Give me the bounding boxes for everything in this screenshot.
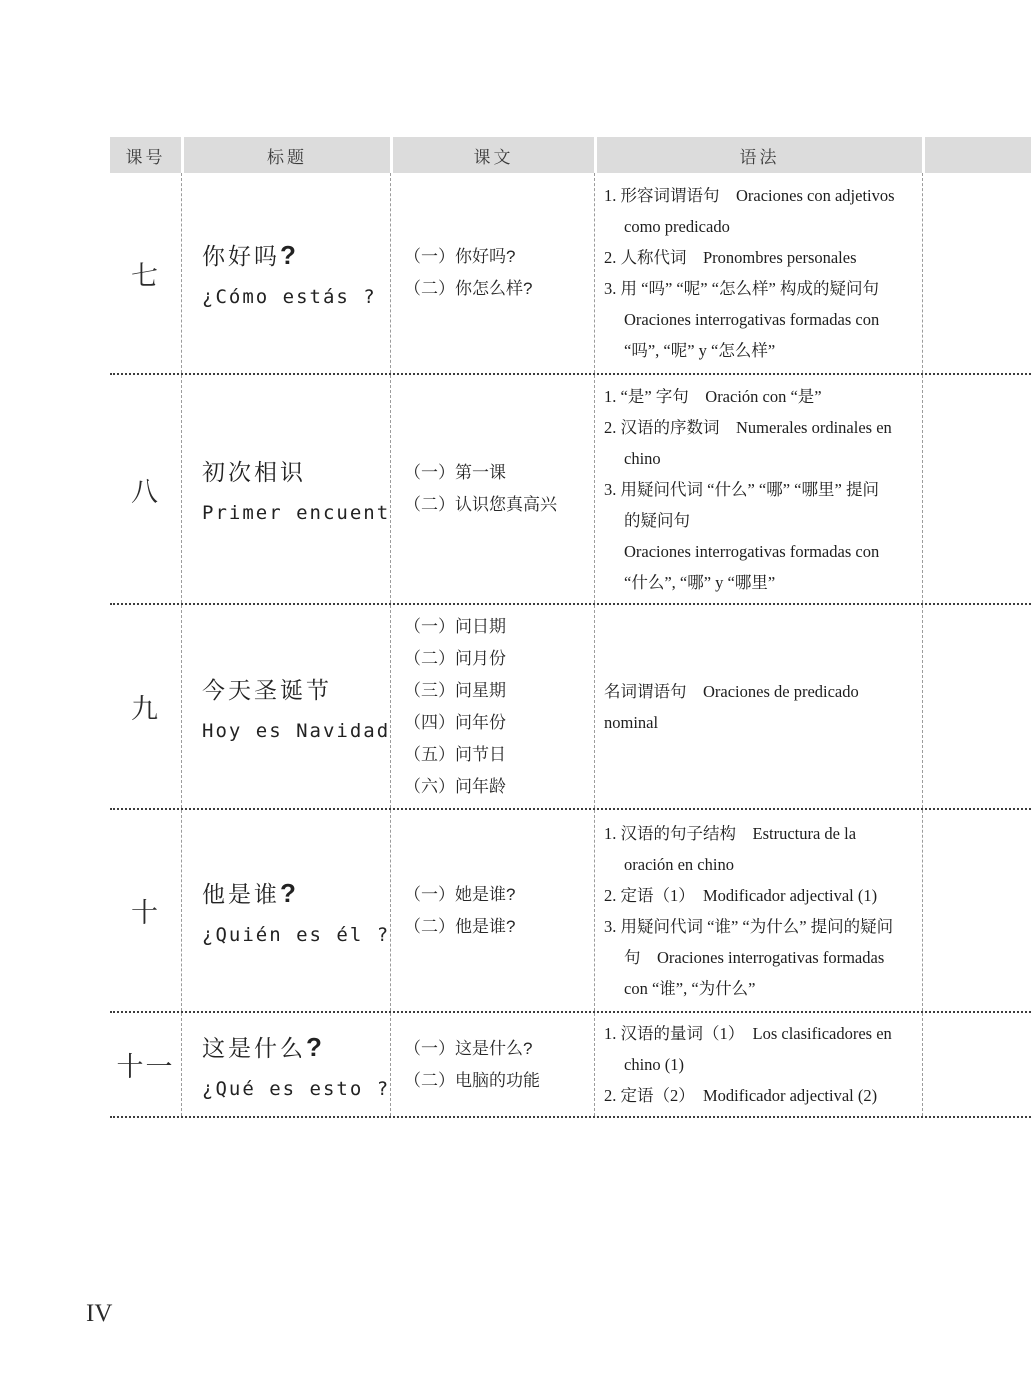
header-empty [922,137,1031,173]
title-question-mark: ? [280,878,296,908]
grammar-line: 名词谓语句 Oraciones de predicado [604,676,918,707]
lesson-title-cell: 他是谁? ¿Quién es él ? [181,810,390,1011]
lesson-texts-cell: （一）第一课 （二）认识您真高兴 [390,375,594,603]
grammar-line: 的疑问句 [604,505,918,536]
grammar-line: 2. 定语（2） Modificador adjectival (2) [604,1080,918,1111]
title-zh-text: 今天圣诞节 [202,677,332,703]
empty-cell [922,605,1031,808]
grammar-line: como predicado [604,211,918,242]
grammar-line: con “谁”, “为什么” [604,973,918,1004]
empty-cell [922,810,1031,1011]
lesson-number: 十 [110,810,181,1011]
empty-cell [922,1013,1031,1116]
table-header-row: 课号 标题 课文 语法 [110,137,1031,173]
grammar-cell: 1. 形容词谓语句 Oraciones con adjetivos como p… [594,173,922,373]
grammar-line: 3. 用疑问代词 “什么” “哪” “哪里” 提问 [604,474,918,505]
grammar-line: 1. 汉语的量词（1） Los clasificadores en [604,1018,918,1049]
title-question-mark: ? [306,1032,322,1062]
grammar-line: “吗”, “呢” y “怎么样” [604,335,918,366]
title-zh-text: 你好吗 [202,243,280,269]
table-row-lesson-8: 八 初次相识 Primer encuentro （一）第一课 （二）认识您真高兴… [110,375,1031,605]
title-question-mark: ? [280,240,296,270]
lesson-title-es: ¿Qué es esto ? [202,1078,390,1100]
lesson-title-zh: 这是什么? [202,1030,390,1063]
header-lesson-number: 课号 [110,137,181,173]
lesson-number: 七 [110,173,181,373]
empty-cell [922,173,1031,373]
lesson-title-cell: 今天圣诞节 Hoy es Navidad [181,605,390,808]
page-number: IV [86,1300,112,1328]
lesson-title-cell: 这是什么? ¿Qué es esto ? [181,1013,390,1116]
grammar-line: oración en chino [604,849,918,880]
table-row-lesson-11: 十一 这是什么? ¿Qué es esto ? （一）这是什么? （二）电脑的功… [110,1013,1031,1118]
grammar-line: 1. “是” 字句 Oración con “是” [604,381,918,412]
table-row-lesson-7: 七 你好吗? ¿Cómo estás ? （一）你好吗? （二）你怎么样? 1.… [110,173,1031,375]
header-title: 标题 [181,137,390,173]
lesson-number: 九 [110,605,181,808]
title-zh-text: 他是谁 [202,881,280,907]
grammar-line: 2. 定语（1） Modificador adjectival (1) [604,880,918,911]
empty-cell [922,375,1031,603]
grammar-cell: 1. 汉语的句子结构 Estructura de la oración en c… [594,810,922,1011]
lesson-title-es: ¿Quién es él ? [202,924,390,946]
lesson-number: 十一 [110,1013,181,1116]
text-item: （三）问星期 [404,675,594,707]
lesson-texts-cell: （一）你好吗? （二）你怎么样? [390,173,594,373]
grammar-cell: 1. “是” 字句 Oración con “是” 2. 汉语的序数词 Nume… [594,375,922,603]
text-item: （六）问年龄 [404,771,594,803]
grammar-line: 2. 人称代词 Pronombres personales [604,242,918,273]
lesson-title-cell: 初次相识 Primer encuentro [181,375,390,603]
grammar-line: nominal [604,707,918,738]
grammar-line: 2. 汉语的序数词 Numerales ordinales en [604,412,918,443]
lesson-title-es: Hoy es Navidad [202,720,390,742]
grammar-line: chino [604,443,918,474]
header-text: 课文 [390,137,594,173]
table-row-lesson-10: 十 他是谁? ¿Quién es él ? （一）她是谁? （二）他是谁? 1.… [110,810,1031,1013]
text-item: （一）这是什么? [404,1033,594,1065]
text-item: （二）问月份 [404,643,594,675]
title-zh-text: 初次相识 [202,459,306,485]
grammar-line: 3. 用疑问代词 “谁” “为什么” 提问的疑问 [604,911,918,942]
grammar-line: 句 Oraciones interrogativas formadas [604,942,918,973]
lesson-texts-cell: （一）问日期 （二）问月份 （三）问星期 （四）问年份 （五）问节日 （六）问年… [390,605,594,808]
text-item: （二）认识您真高兴 [404,489,594,521]
lesson-title-zh: 初次相识 [202,454,390,487]
text-item: （四）问年份 [404,707,594,739]
grammar-cell: 1. 汉语的量词（1） Los clasificadores en chino … [594,1013,922,1116]
lesson-title-es: Primer encuentro [202,502,390,524]
lesson-texts-cell: （一）这是什么? （二）电脑的功能 [390,1013,594,1116]
text-item: （二）电脑的功能 [404,1065,594,1097]
title-zh-text: 这是什么 [202,1035,306,1061]
lesson-title-zh: 他是谁? [202,876,390,909]
text-item: （二）他是谁? [404,911,594,943]
text-item: （一）第一课 [404,457,594,489]
text-item: （一）你好吗? [404,241,594,273]
lessons-toc-table: 课号 标题 课文 语法 七 你好吗? ¿Cómo estás ? （一）你好吗?… [110,137,1031,1118]
grammar-line: Oraciones interrogativas formadas con [604,536,918,567]
grammar-line: Oraciones interrogativas formadas con [604,304,918,335]
header-grammar: 语法 [594,137,922,173]
text-item: （五）问节日 [404,739,594,771]
lesson-title-zh: 你好吗? [202,238,390,271]
grammar-line: chino (1) [604,1049,918,1080]
grammar-line: 1. 形容词谓语句 Oraciones con adjetivos [604,180,918,211]
lesson-title-es: ¿Cómo estás ? [202,286,390,308]
grammar-line: 1. 汉语的句子结构 Estructura de la [604,818,918,849]
lesson-title-zh: 今天圣诞节 [202,672,390,705]
text-item: （二）你怎么样? [404,273,594,305]
text-item: （一）她是谁? [404,879,594,911]
lesson-title-cell: 你好吗? ¿Cómo estás ? [181,173,390,373]
table-row-lesson-9: 九 今天圣诞节 Hoy es Navidad （一）问日期 （二）问月份 （三）… [110,605,1031,810]
grammar-line: “什么”, “哪” y “哪里” [604,567,918,598]
text-item: （一）问日期 [404,611,594,643]
grammar-cell: 名词谓语句 Oraciones de predicado nominal [594,605,922,808]
lesson-texts-cell: （一）她是谁? （二）他是谁? [390,810,594,1011]
lesson-number: 八 [110,375,181,603]
grammar-line: 3. 用 “吗” “呢” “怎么样” 构成的疑问句 [604,273,918,304]
